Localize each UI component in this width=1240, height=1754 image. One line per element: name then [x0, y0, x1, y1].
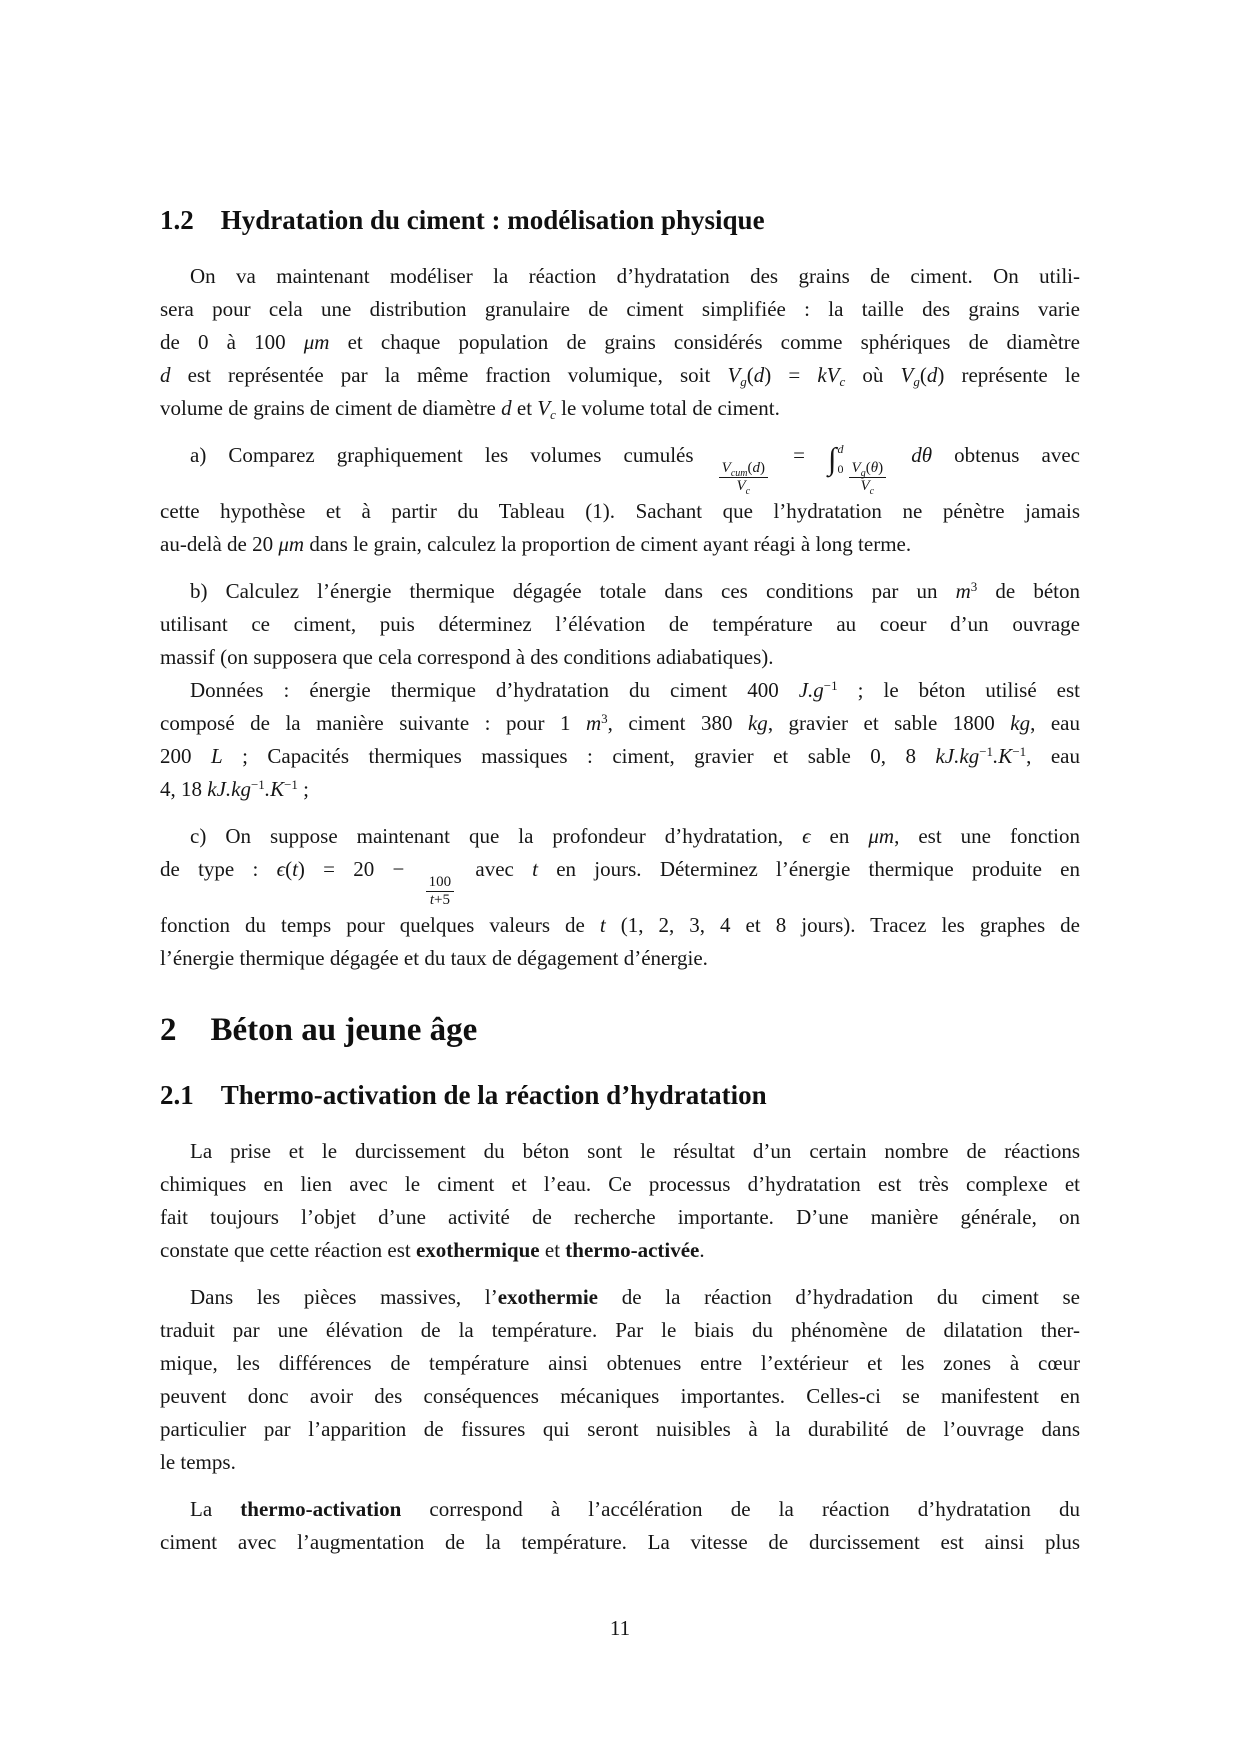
integral: ∫d0 — [828, 444, 844, 474]
text-line: fonction du temps pour quelques valeurs … — [160, 909, 1080, 942]
text-line: 200 L ; Capacités thermiques massiques :… — [160, 740, 1080, 773]
text-line: de 0 à 100 μm et chaque population de gr… — [160, 326, 1080, 359]
text-line: La prise et le durcissement du béton son… — [160, 1135, 1080, 1168]
text-line: 4, 18 kJ.kg−1.K−1 ; — [160, 773, 1080, 806]
paragraph-intro: On va maintenant modéliser la réaction d… — [160, 260, 1080, 425]
section-2-1-heading: 2.1Thermo-activation de la réaction d’hy… — [160, 1077, 1080, 1113]
text-line: particulier par l’apparition de fissures… — [160, 1413, 1080, 1446]
paragraph-exothermie: Dans les pièces massives, l’exothermie d… — [160, 1281, 1080, 1479]
text-line: de type : ϵ(t) = 20 − 100t+5 avec t en j… — [160, 853, 1080, 909]
section-number: 1.2 — [160, 205, 194, 235]
text-line: Données : énergie thermique d’hydratatio… — [160, 674, 1080, 707]
text-line: chimiques en lien avec le ciment et l’ea… — [160, 1168, 1080, 1201]
section-2: 2Béton au jeune âge 2.1Thermo-activation… — [160, 1009, 1080, 1559]
section-title: Hydratation du ciment : modélisation phy… — [221, 205, 765, 235]
text-line: b) Calculez l’énergie thermique dégagée … — [160, 575, 1080, 608]
text-line: Dans les pièces massives, l’exothermie d… — [160, 1281, 1080, 1314]
text-line: fait toujours l’objet d’une activité de … — [160, 1201, 1080, 1234]
text-line: constate que cette réaction est exotherm… — [160, 1234, 1080, 1267]
paragraph-thermo-activation: La thermo-activation correspond à l’accé… — [160, 1493, 1080, 1559]
text-line: d est représentée par la même fraction v… — [160, 359, 1080, 392]
text-line: sera pour cela une distribution granulai… — [160, 293, 1080, 326]
text-line: a) Comparez graphiquement les volumes cu… — [160, 439, 1080, 495]
paragraph-hydration-reactions: La prise et le durcissement du béton son… — [160, 1135, 1080, 1267]
fraction: Vg(θ)Vc — [849, 460, 887, 495]
paragraph-question-c: c) On suppose maintenant que la profonde… — [160, 820, 1080, 975]
section-title: Thermo-activation de la réaction d’hydra… — [221, 1080, 767, 1110]
fraction: Vcum(d)Vc — [719, 460, 768, 495]
fraction: 100t+5 — [426, 874, 455, 909]
paragraph-question-b: b) Calculez l’énergie thermique dégagée … — [160, 575, 1080, 674]
text-line: l’énergie thermique dégagée et du taux d… — [160, 942, 1080, 975]
section-2-heading: 2Béton au jeune âge — [160, 1009, 1080, 1051]
text-line: massif (on supposera que cela correspond… — [160, 641, 1080, 674]
text-line: ciment avec l’augmentation de la tempéra… — [160, 1526, 1080, 1559]
text-line: le temps. — [160, 1446, 1080, 1479]
paragraph-question-a: a) Comparez graphiquement les volumes cu… — [160, 439, 1080, 561]
text-line: au-delà de 20 μm dans le grain, calculez… — [160, 528, 1080, 561]
text-line: peuvent donc avoir des conséquences méca… — [160, 1380, 1080, 1413]
text-line: composé de la manière suivante : pour 1 … — [160, 707, 1080, 740]
text-line: volume de grains de ciment de diamètre d… — [160, 392, 1080, 425]
paragraph-donnees: Données : énergie thermique d’hydratatio… — [160, 674, 1080, 806]
document-page: 1.2Hydratation du ciment : modélisation … — [160, 0, 1080, 1559]
page-number: 11 — [0, 1616, 1240, 1641]
section-number: 2 — [160, 1012, 177, 1048]
section-1-2-heading: 1.2Hydratation du ciment : modélisation … — [160, 202, 1080, 238]
section-1-2: 1.2Hydratation du ciment : modélisation … — [160, 202, 1080, 975]
section-title: Béton au jeune âge — [211, 1012, 478, 1048]
text-line: La thermo-activation correspond à l’accé… — [160, 1493, 1080, 1526]
text-line: cette hypothèse et à partir du Tableau (… — [160, 495, 1080, 528]
section-number: 2.1 — [160, 1080, 194, 1110]
text-line: c) On suppose maintenant que la profonde… — [160, 820, 1080, 853]
text-line: traduit par une élévation de la températ… — [160, 1314, 1080, 1347]
text-line: On va maintenant modéliser la réaction d… — [160, 260, 1080, 293]
text-line: mique, les différences de température ai… — [160, 1347, 1080, 1380]
text-line: utilisant ce ciment, puis déterminez l’é… — [160, 608, 1080, 641]
